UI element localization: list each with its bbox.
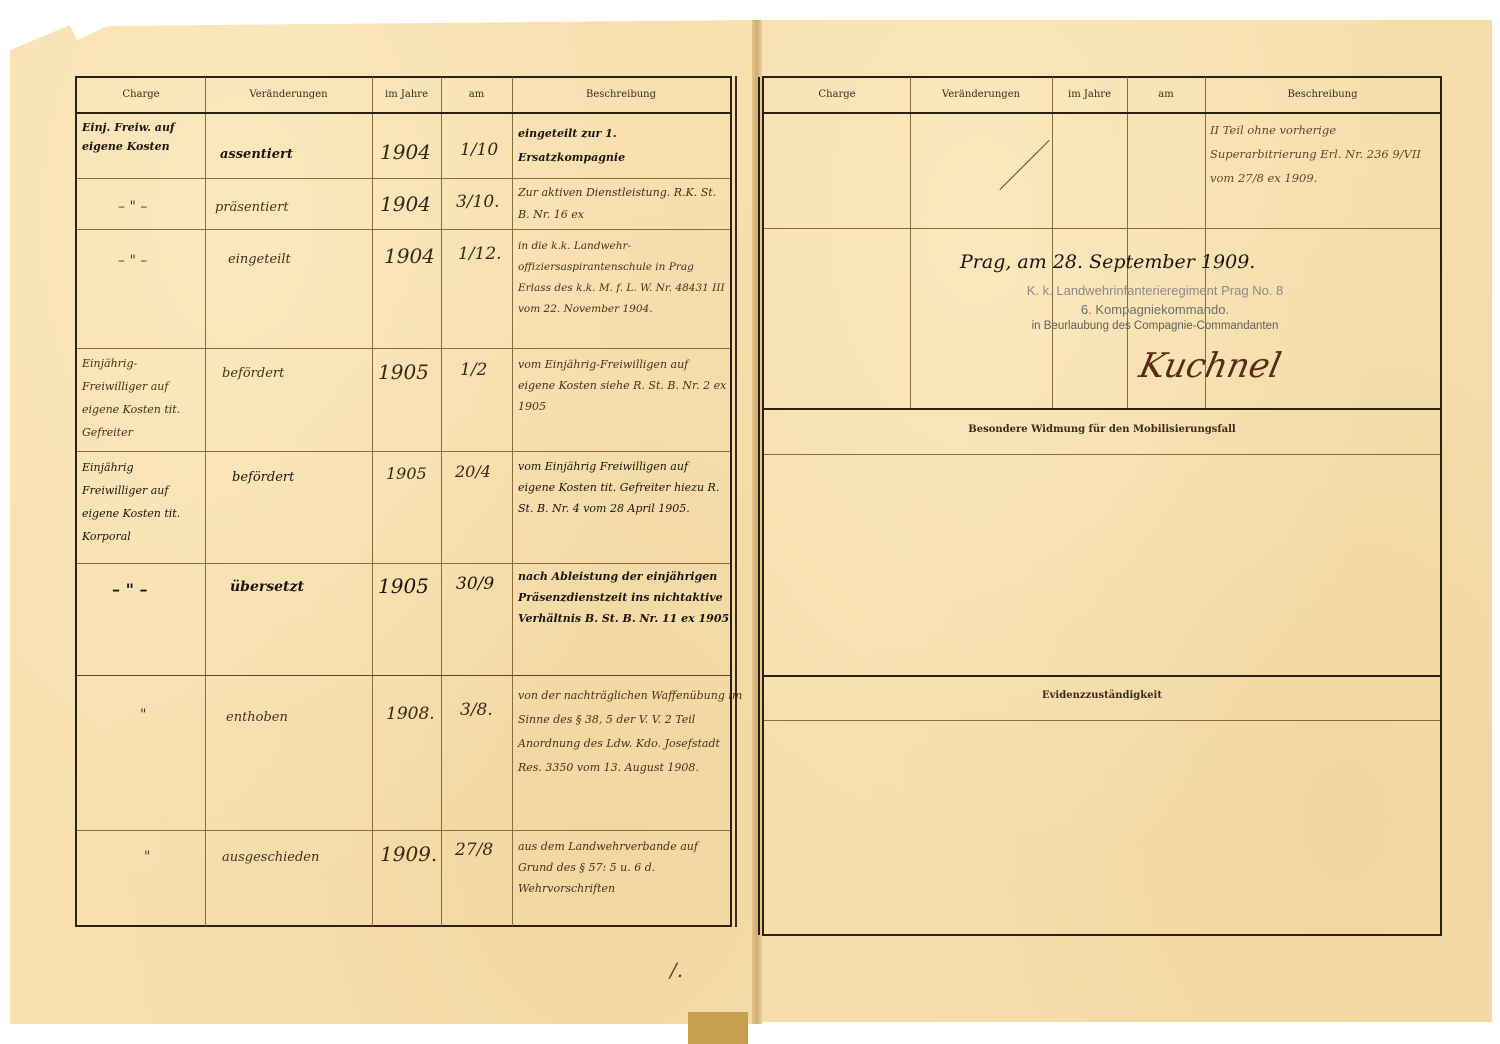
- row8-description: aus dem Landwehrverbande auf Grund des §…: [518, 836, 730, 899]
- page-mark: /.: [670, 958, 683, 982]
- col-divider: [910, 77, 911, 408]
- row-rule: [764, 228, 1440, 229]
- page-fold: [752, 20, 762, 1024]
- col-divider: [205, 77, 206, 926]
- commander-signature: Kuchnel: [1136, 346, 1285, 386]
- row5-charge: Einjährig Freiwilliger auf eigene Kosten…: [82, 456, 202, 548]
- header-beschreibung: Beschreibung: [1205, 78, 1440, 112]
- row7-charge: ": [140, 706, 146, 725]
- row7-change: enthoben: [226, 708, 288, 727]
- row-rule: [77, 563, 730, 564]
- stamp-line-1: K. k. Landwehrinfanterieregiment Prag No…: [990, 283, 1320, 298]
- col-divider: [372, 77, 373, 926]
- header-veraenderungen: Veränderungen: [910, 78, 1052, 112]
- section-rule: [764, 454, 1440, 455]
- row3-description: in die k.k. Landwehr-offiziersaspiranten…: [518, 236, 726, 320]
- row2-charge: – " –: [118, 198, 147, 217]
- row8-date: 27/8: [455, 840, 493, 860]
- row1-year: 1904: [380, 140, 431, 164]
- section-mobilization-title: Besondere Widmung für den Mobilisierungs…: [764, 424, 1440, 435]
- col-divider: [441, 77, 442, 926]
- row2-change: präsentiert: [215, 198, 289, 217]
- row6-description: nach Ableistung der einjährigen Präsenzd…: [518, 566, 743, 629]
- row4-charge: Einjährig-Freiwilliger auf eigene Kosten…: [82, 352, 202, 444]
- row7-date: 3/8.: [460, 700, 493, 720]
- header-am: am: [1127, 78, 1205, 112]
- section-rule: [764, 720, 1440, 721]
- row5-description: vom Einjährig Freiwilligen auf eigene Ko…: [518, 456, 728, 519]
- header-charge: Charge: [764, 78, 910, 112]
- header-rule: [764, 112, 1440, 114]
- row5-date: 20/4: [455, 462, 491, 481]
- row4-description: vom Einjährig-Freiwilligen auf eigene Ko…: [518, 354, 728, 417]
- row3-charge: – " –: [118, 252, 147, 271]
- row1-description: eingeteilt zur 1. Ersatzkompagnie: [518, 122, 723, 170]
- row6-change: übersetzt: [230, 578, 304, 597]
- header-im-jahre: im Jahre: [372, 78, 441, 112]
- row7-description: von der nachträglichen Waffenübung im Si…: [518, 684, 743, 780]
- row-rule: [77, 229, 730, 230]
- row2-description: Zur aktiven Dienstleistung. R.K. St. B. …: [518, 182, 728, 226]
- section-rule: [764, 675, 1440, 677]
- right-record-table: [762, 76, 1442, 936]
- header-veraenderungen: Veränderungen: [205, 78, 372, 112]
- stamp-line-3: in Beurlaubung des Compagnie-Commandante…: [990, 320, 1320, 332]
- header-am: am: [441, 78, 512, 112]
- row3-change: eingeteilt: [228, 250, 291, 269]
- stamp-line-2: 6. Kompagniekommando.: [990, 302, 1320, 317]
- row-rule: [77, 451, 730, 452]
- row4-change: befördert: [222, 364, 284, 383]
- header-charge: Charge: [77, 78, 205, 112]
- right-row1-description: II Teil ohne vorherige Superarbitrierung…: [1210, 118, 1435, 190]
- header-im-jahre: im Jahre: [1052, 78, 1127, 112]
- header-beschreibung: Beschreibung: [512, 78, 730, 112]
- col-divider: [1127, 77, 1128, 408]
- row6-charge: – " –: [112, 580, 147, 599]
- row5-change: befördert: [232, 468, 294, 487]
- row6-year: 1905: [378, 574, 429, 598]
- col-divider: [1052, 77, 1053, 408]
- row4-year: 1905: [378, 360, 429, 384]
- row7-year: 1908.: [386, 704, 435, 724]
- row1-change: assentiert: [220, 145, 293, 164]
- row3-date: 1/12.: [458, 244, 502, 264]
- row8-year: 1909.: [380, 842, 437, 866]
- row2-date: 3/10.: [456, 192, 500, 212]
- row-rule: [77, 178, 730, 179]
- row8-charge: ": [144, 848, 150, 867]
- row3-year: 1904: [384, 244, 435, 268]
- section-rule: [764, 408, 1440, 410]
- row4-date: 1/2: [460, 360, 487, 380]
- row1-date: 1/10: [460, 140, 498, 160]
- binding-tab: [688, 1012, 748, 1044]
- place-date: Prag, am 28. September 1909.: [960, 250, 1255, 274]
- row-rule: [77, 348, 730, 349]
- col-divider: [512, 77, 513, 926]
- row5-year: 1905: [386, 464, 427, 483]
- row2-year: 1904: [380, 192, 431, 216]
- row-rule: [77, 830, 730, 831]
- row8-change: ausgeschieden: [222, 848, 319, 867]
- row1-charge: Einj. Freiw. auf eigene Kosten: [82, 118, 202, 156]
- header-rule: [77, 112, 730, 114]
- section-evidence-title: Evidenzzuständigkeit: [764, 690, 1440, 701]
- row-rule: [77, 675, 730, 676]
- row6-date: 30/9: [456, 574, 494, 594]
- outer-frame-left: [758, 77, 760, 935]
